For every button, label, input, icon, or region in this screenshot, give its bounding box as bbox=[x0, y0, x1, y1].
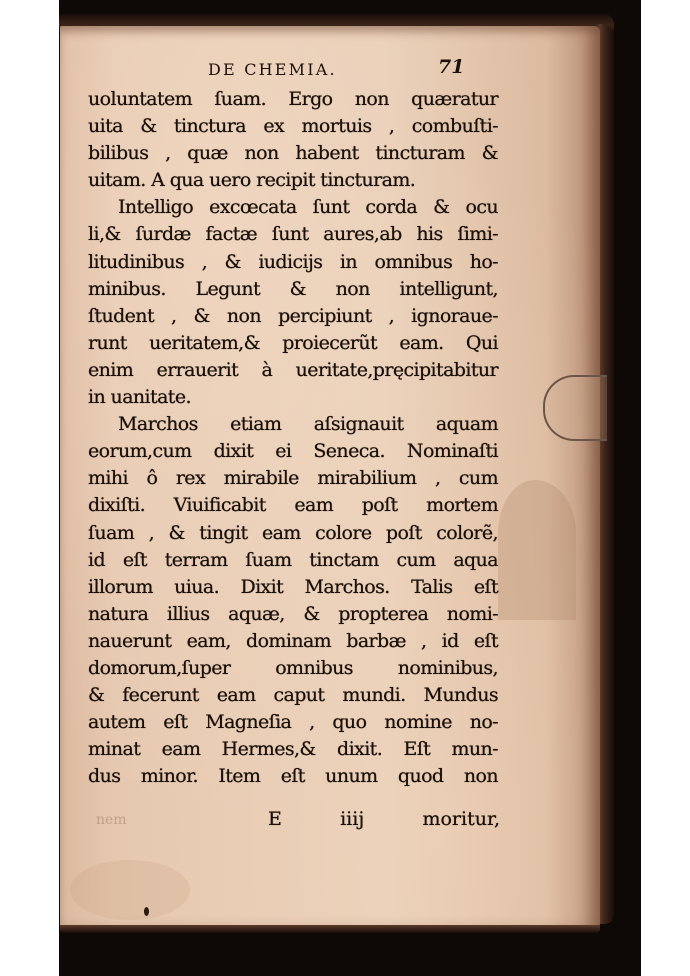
body-text: uoluntatem ſuam. Ergo non quæratur uita … bbox=[88, 86, 498, 790]
text-line: minibus. Legunt & non intelligunt, bbox=[88, 276, 498, 303]
text-line: in uanitate. bbox=[88, 384, 498, 411]
show-through-text: nem bbox=[96, 812, 127, 828]
text-line: litudinibus , & iudicijs in omnibus ho- bbox=[88, 249, 498, 276]
signature-line: E iiij moritur, bbox=[268, 808, 500, 830]
text-line: autem eſt Magneſia , quo nomine no- bbox=[88, 709, 498, 736]
ink-spot bbox=[144, 907, 149, 916]
text-line: domorum,ſuper omnibus nominibus, bbox=[88, 655, 498, 682]
text-line: dus minor. Item eſt unum quod non bbox=[88, 763, 498, 790]
text-line: enim errauerit à ueritate,pręcipitabitur bbox=[88, 357, 498, 384]
text-line: id eſt terram ſuam tinctam cum aqua bbox=[88, 547, 498, 574]
text-line: uoluntatem ſuam. Ergo non quæratur bbox=[88, 86, 498, 113]
text-line: runt ueritatem,& proiecerũt eam. Qui bbox=[88, 330, 498, 357]
book-clasp bbox=[543, 375, 607, 441]
catchword: moritur, bbox=[422, 808, 500, 830]
text-line: uita & tinctura ex mortuis , combuſti- bbox=[88, 113, 498, 140]
water-stain bbox=[498, 480, 576, 620]
text-line: li,& ſurdæ factæ ſunt aures,ab his ſimi- bbox=[88, 221, 498, 248]
text-line: illorum uiua. Dixit Marchos. Talis eſt bbox=[88, 574, 498, 601]
signature-mark: E bbox=[268, 808, 282, 830]
page-bottom-shadow bbox=[60, 925, 600, 933]
paragraph-start-line: Marchos etiam aſsignauit aquam bbox=[88, 411, 498, 438]
water-stain-bottom bbox=[70, 860, 190, 920]
text-line: ſuam , & tingit eam colore poſt colorẽ, bbox=[88, 520, 498, 547]
text-line: ſtudent , & non percipiunt , ignoraue- bbox=[88, 303, 498, 330]
text-line: & fecerunt eam caput mundi. Mundus bbox=[88, 682, 498, 709]
text-line: bilibus , quæ non habent tincturam & bbox=[88, 140, 498, 167]
text-line: uitam. A qua uero recipit tincturam. bbox=[88, 167, 498, 194]
running-head: DE CHEMIA. bbox=[208, 60, 337, 79]
text-line: mihi ô rex mirabile mirabilium , cum bbox=[88, 465, 498, 492]
page-header: DE CHEMIA. 71 bbox=[0, 56, 690, 82]
page-number: 71 bbox=[438, 56, 464, 78]
text-line: nauerunt eam, dominam barbæ , id eſt bbox=[88, 628, 498, 655]
text-line: natura illius aquæ, & propterea nomi- bbox=[88, 601, 498, 628]
text-line: dixiſti. Viuificabit eam poſt mortem bbox=[88, 492, 498, 519]
text-line: eorum,cum dixit ei Seneca. Nominaſti bbox=[88, 438, 498, 465]
text-line: minat eam Hermes,& dixit. Eſt mun- bbox=[88, 736, 498, 763]
signature-number: iiij bbox=[340, 808, 364, 830]
paragraph-start-line: Intelligo excœcata ſunt corda & ocu bbox=[88, 194, 498, 221]
